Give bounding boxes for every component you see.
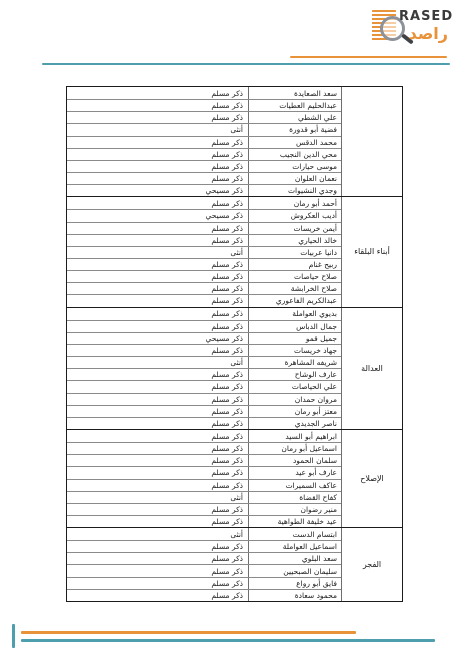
gender-religion-cell: أنثى: [67, 357, 249, 368]
candidate-name-cell: صلاح حياصات: [249, 271, 341, 282]
candidate-name-cell: سلمان الحمود: [249, 455, 341, 466]
gender-religion-cell: ذكر مسلم: [67, 197, 249, 209]
table-row: ذكر مسلمسعد الصعايدة: [67, 87, 341, 99]
gender-religion-cell: ذكر مسلم: [67, 418, 249, 429]
candidate-name-cell: دانيا عربيات: [249, 247, 341, 258]
candidate-name-cell: أحمد أبو رمان: [249, 197, 341, 209]
table-row: ذكر مسلممحي الدين النجيب: [67, 148, 341, 160]
table-row: أنثىدانيا عربيات: [67, 246, 341, 258]
table-row: ذكر مسلممحمد الدقس: [67, 136, 341, 148]
candidate-name-cell: جمال الدباس: [249, 321, 341, 332]
candidate-name-cell: عارف أبو عيد: [249, 467, 341, 478]
table-row: ذكر مسلمجمال الدباس: [67, 320, 341, 332]
list-name-cell: العدالة: [341, 308, 402, 429]
candidate-name-cell: أيمن خريسات: [249, 223, 341, 234]
gender-religion-cell: ذكر مسلم: [67, 137, 249, 148]
candidate-name-cell: فضية أبو قدورة: [249, 124, 341, 135]
footer-teal-rule: [21, 639, 435, 642]
table-row: ذكر مسلممعتز أبو رمان: [67, 405, 341, 417]
candidate-name-cell: اسماعيل أبو رمان: [249, 443, 341, 454]
table-row: ذكر مسلمعارف الوشاح: [67, 368, 341, 380]
table-row: ذكر مسلمعبدالحليم العطيات: [67, 99, 341, 111]
candidate-name-cell: معتز أبو رمان: [249, 406, 341, 417]
candidate-list-group: ذكر مسلمابراهيم أبو السيدذكر مسلماسماعيل…: [67, 429, 402, 527]
gender-religion-cell: أنثى: [67, 528, 249, 540]
table-row: ذكر مسلمصلاح الخرابشة: [67, 282, 341, 294]
gender-religion-cell: ذكر مسلم: [67, 443, 249, 454]
gender-religion-cell: ذكر مسلم: [67, 455, 249, 466]
table-row: ذكر مسلمعاكف السميرات: [67, 479, 341, 491]
candidates-table: ذكر مسلمسعد الصعايدةذكر مسلمعبدالحليم ال…: [66, 86, 403, 602]
table-row: أنثىكفاح القضاة: [67, 491, 341, 503]
list-name-cell: الإصلاح: [341, 430, 402, 527]
table-row: ذكر مسلممحمود سعادة: [67, 589, 341, 601]
footer-orange-rule: [21, 631, 356, 634]
candidate-name-cell: جميل قمو: [249, 333, 341, 344]
candidate-name-cell: اسماعيل العواملة: [249, 541, 341, 552]
candidate-name-cell: محي الدين النجيب: [249, 149, 341, 160]
list-name-cell: الفجر: [341, 528, 402, 601]
gender-religion-cell: ذكر مسلم: [67, 259, 249, 270]
rased-logo: RASED راصد: [372, 7, 452, 49]
table-row: ذكر مسلمفايق أبو رواع: [67, 577, 341, 589]
table-row: ذكر مسلمسعد البلوي: [67, 552, 341, 564]
candidate-name-cell: خالد الحياري: [249, 235, 341, 246]
gender-religion-cell: ذكر مسلم: [67, 235, 249, 246]
candidate-name-cell: علي الشطي: [249, 112, 341, 123]
group-rows: ذكر مسلمأحمد أبو رمانذكر مسيحيأديب العكر…: [67, 197, 341, 306]
gender-religion-cell: ذكر مسيحي: [67, 185, 249, 196]
candidate-name-cell: سعد الصعايدة: [249, 87, 341, 99]
table-row: ذكر مسلمعارف أبو عيد: [67, 466, 341, 478]
candidate-list-group: أنثىابتسام الدستذكر مسلماسماعيل العواملة…: [67, 527, 402, 601]
gender-religion-cell: ذكر مسلم: [67, 590, 249, 601]
list-name-cell: [341, 87, 402, 196]
table-row: ذكر مسلمناصر الجديدي: [67, 417, 341, 429]
candidate-list-group: ذكر مسلمأحمد أبو رمانذكر مسيحيأديب العكر…: [67, 196, 402, 306]
list-name-cell: أبناء البلقاء: [341, 197, 402, 306]
gender-religion-cell: ذكر مسلم: [67, 87, 249, 99]
candidate-name-cell: علي الحياصات: [249, 381, 341, 392]
table-row: ذكر مسلماسماعيل أبو رمان: [67, 442, 341, 454]
table-row: ذكر مسلمسلمان الحمود: [67, 454, 341, 466]
gender-religion-cell: ذكر مسلم: [67, 271, 249, 282]
gender-religion-cell: ذكر مسلم: [67, 223, 249, 234]
gender-religion-cell: أنثى: [67, 492, 249, 503]
logo-text-en: RASED: [399, 9, 453, 24]
gender-religion-cell: ذكر مسلم: [67, 565, 249, 576]
candidate-list-group: ذكر مسلمسعد الصعايدةذكر مسلمعبدالحليم ال…: [67, 87, 402, 196]
gender-religion-cell: ذكر مسلم: [67, 394, 249, 405]
gender-religion-cell: ذكر مسلم: [67, 161, 249, 172]
candidate-name-cell: عبدالكريم الفاعوري: [249, 295, 341, 306]
table-row: ذكر مسلمربيح غنام: [67, 258, 341, 270]
report-page: RASED راصد ذكر مسلمسعد الصعايدةذكر مسلمع…: [0, 0, 471, 667]
candidate-name-cell: مروان حمدان: [249, 394, 341, 405]
gender-religion-cell: ذكر مسلم: [67, 406, 249, 417]
table-row: ذكر مسلمعلي الشطي: [67, 111, 341, 123]
candidate-name-cell: فايق أبو رواع: [249, 578, 341, 589]
table-row: أنثىابتسام الدست: [67, 528, 341, 540]
gender-religion-cell: ذكر مسلم: [67, 504, 249, 515]
candidate-name-cell: أديب العكروش: [249, 210, 341, 221]
gender-religion-cell: ذكر مسلم: [67, 578, 249, 589]
table-row: ذكر مسلمعلي الحياصات: [67, 380, 341, 392]
candidate-name-cell: محمد الدقس: [249, 137, 341, 148]
candidate-name-cell: عيد خليفة الطواهية: [249, 516, 341, 527]
group-rows: ذكر مسلمسعد الصعايدةذكر مسلمعبدالحليم ال…: [67, 87, 341, 196]
gender-religion-cell: ذكر مسلم: [67, 369, 249, 380]
table-row: ذكر مسلمأحمد أبو رمان: [67, 197, 341, 209]
gender-religion-cell: ذكر مسيحي: [67, 333, 249, 344]
gender-religion-cell: ذكر مسلم: [67, 321, 249, 332]
table-row: ذكر مسيحيجميل قمو: [67, 332, 341, 344]
gender-religion-cell: أنثى: [67, 124, 249, 135]
gender-religion-cell: ذكر مسلم: [67, 381, 249, 392]
candidate-name-cell: بديوي العواملة: [249, 308, 341, 320]
table-row: أنثىشريفه المشاهرة: [67, 356, 341, 368]
candidate-name-cell: نعمان العلوان: [249, 173, 341, 184]
candidate-name-cell: شريفه المشاهرة: [249, 357, 341, 368]
table-row: ذكر مسلمعيد خليفة الطواهية: [67, 515, 341, 527]
candidate-name-cell: وجدي النشيوات: [249, 185, 341, 196]
gender-religion-cell: ذكر مسلم: [67, 430, 249, 442]
gender-religion-cell: ذكر مسلم: [67, 516, 249, 527]
gender-religion-cell: ذكر مسيحي: [67, 210, 249, 221]
candidate-name-cell: موسى حيارات: [249, 161, 341, 172]
table-row: ذكر مسلمموسى حيارات: [67, 160, 341, 172]
candidate-name-cell: عاكف السميرات: [249, 480, 341, 491]
candidate-name-cell: كفاح القضاة: [249, 492, 341, 503]
candidate-name-cell: ربيح غنام: [249, 259, 341, 270]
group-rows: أنثىابتسام الدستذكر مسلماسماعيل العواملة…: [67, 528, 341, 601]
table-row: ذكر مسلمأيمن خريسات: [67, 222, 341, 234]
table-row: ذكر مسلماسماعيل العواملة: [67, 540, 341, 552]
candidate-name-cell: منير رضوان: [249, 504, 341, 515]
table-row: ذكر مسلمجهاد خريسات: [67, 344, 341, 356]
candidate-name-cell: سليمان الصبحيين: [249, 565, 341, 576]
table-row: ذكر مسلممنير رضوان: [67, 503, 341, 515]
table-row: ذكر مسلمسليمان الصبحيين: [67, 564, 341, 576]
gender-religion-cell: ذكر مسلم: [67, 173, 249, 184]
table-row: أنثىفضية أبو قدورة: [67, 123, 341, 135]
candidate-name-cell: صلاح الخرابشة: [249, 283, 341, 294]
table-row: ذكر مسلمصلاح حياصات: [67, 270, 341, 282]
gender-religion-cell: ذكر مسلم: [67, 541, 249, 552]
footer-teal-bar: [12, 624, 15, 648]
candidate-name-cell: جهاد خريسات: [249, 345, 341, 356]
candidate-name-cell: سعد البلوي: [249, 553, 341, 564]
gender-religion-cell: ذكر مسلم: [67, 283, 249, 294]
gender-religion-cell: أنثى: [67, 247, 249, 258]
gender-religion-cell: ذكر مسلم: [67, 308, 249, 320]
candidate-name-cell: عارف الوشاح: [249, 369, 341, 380]
table-row: ذكر مسلمنعمان العلوان: [67, 172, 341, 184]
gender-religion-cell: ذكر مسلم: [67, 149, 249, 160]
header-teal-rule: [42, 63, 450, 65]
gender-religion-cell: ذكر مسلم: [67, 295, 249, 306]
gender-religion-cell: ذكر مسلم: [67, 553, 249, 564]
group-rows: ذكر مسلمبديوي العواملةذكر مسلمجمال الدبا…: [67, 308, 341, 429]
table-row: ذكر مسيحيأديب العكروش: [67, 209, 341, 221]
gender-religion-cell: ذكر مسلم: [67, 112, 249, 123]
table-row: ذكر مسيحيوجدي النشيوات: [67, 184, 341, 196]
candidate-name-cell: عبدالحليم العطيات: [249, 100, 341, 111]
group-rows: ذكر مسلمابراهيم أبو السيدذكر مسلماسماعيل…: [67, 430, 341, 527]
gender-religion-cell: ذكر مسلم: [67, 345, 249, 356]
candidate-name-cell: ابتسام الدست: [249, 528, 341, 540]
logo-text-ar: راصد: [409, 24, 448, 43]
candidate-name-cell: محمود سعادة: [249, 590, 341, 601]
table-row: ذكر مسلممروان حمدان: [67, 393, 341, 405]
gender-religion-cell: ذكر مسلم: [67, 100, 249, 111]
table-row: ذكر مسلمبديوي العواملة: [67, 308, 341, 320]
candidate-list-group: ذكر مسلمبديوي العواملةذكر مسلمجمال الدبا…: [67, 307, 402, 429]
candidate-name-cell: ناصر الجديدي: [249, 418, 341, 429]
table-row: ذكر مسلمعبدالكريم الفاعوري: [67, 294, 341, 306]
candidate-name-cell: ابراهيم أبو السيد: [249, 430, 341, 442]
header-orange-rule: [290, 56, 447, 58]
table-row: ذكر مسلمخالد الحياري: [67, 234, 341, 246]
gender-religion-cell: ذكر مسلم: [67, 480, 249, 491]
table-row: ذكر مسلمابراهيم أبو السيد: [67, 430, 341, 442]
gender-religion-cell: ذكر مسلم: [67, 467, 249, 478]
